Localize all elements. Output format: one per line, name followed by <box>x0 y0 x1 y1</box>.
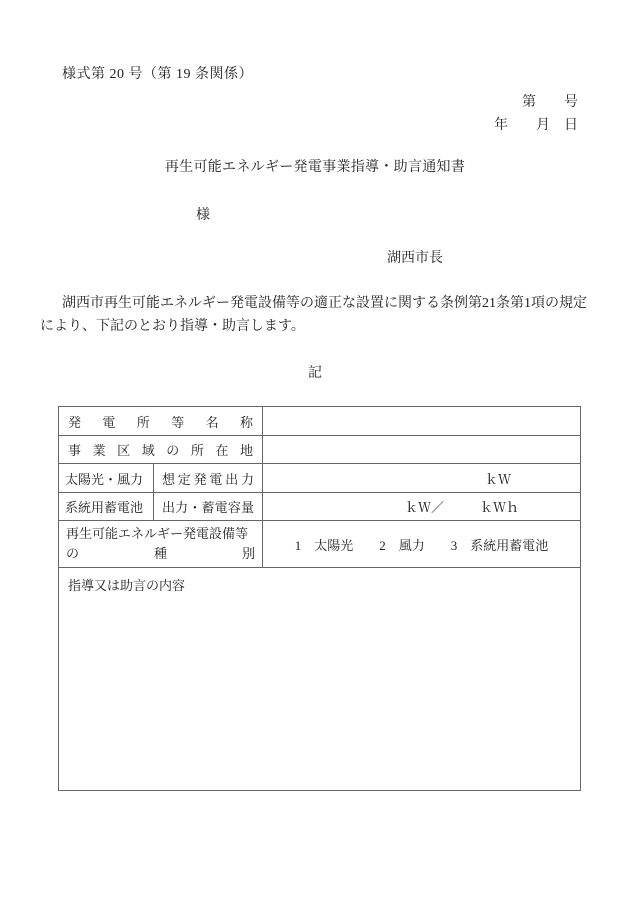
addressee-honorific: 様 <box>196 204 210 224</box>
unit-kw-slash: ｋＷ／ <box>405 497 444 516</box>
label-power-plant-name: 発電所等名称 <box>59 407 263 436</box>
sender-name: 湖西市長 <box>387 247 443 267</box>
ki-heading: 記 <box>0 362 630 382</box>
document-number-line: 第 号 <box>522 91 578 111</box>
input-power-plant-name[interactable] <box>263 407 581 436</box>
equipment-type-options: 1 太陽光 2 風力 3 系統用蓄電池 <box>263 521 581 568</box>
label-output-storage-capacity: 出力・蓄電容量 <box>154 493 263 521</box>
form-number: 様式第 20 号（第 19 条関係） <box>62 63 253 83</box>
table-row: 系統用蓄電池 出力・蓄電容量 ｋＷ／ｋＷｈ <box>59 493 581 521</box>
label-business-area-location: 事業区域の所在地 <box>59 436 263 464</box>
equipment-type-label-line-2: の種別 <box>66 544 255 564</box>
table-row: 再生可能エネルギー発電設備等 の種別 1 太陽光 2 風力 3 系統用蓄電池 <box>59 521 581 568</box>
label-solar-wind: 太陽光・風力 <box>59 464 154 493</box>
table-row: 事業区域の所在地 <box>59 436 581 464</box>
body-line-1: 湖西市再生可能エネルギー発電設備等の適正な設置に関する条例第21条第1項の規定 <box>40 292 593 315</box>
date-line: 年 月 日 <box>494 114 578 134</box>
body-paragraph: 湖西市再生可能エネルギー発電設備等の適正な設置に関する条例第21条第1項の規定 … <box>40 292 593 338</box>
body-line-2: により、下記のとおり指導・助言します。 <box>40 315 593 338</box>
label-expected-output: 想定発電出力 <box>154 464 263 493</box>
equipment-type-label-line-1: 再生可能エネルギー発電設備等 <box>66 524 255 544</box>
label-equipment-type: 再生可能エネルギー発電設備等 の種別 <box>59 521 263 568</box>
table-row: 発電所等名称 <box>59 407 581 436</box>
unit-kwh: ｋＷｈ <box>480 497 519 516</box>
document-title: 再生可能エネルギー発電事業指導・助言通知書 <box>0 156 630 176</box>
input-expected-output[interactable]: ｋＷ <box>263 464 581 493</box>
table-row: 指導又は助言の内容 <box>59 568 581 791</box>
label-guidance-content: 指導又は助言の内容 <box>68 575 571 594</box>
guidance-content-cell[interactable]: 指導又は助言の内容 <box>59 568 581 791</box>
document-page: 様式第 20 号（第 19 条関係） 第 号 年 月 日 再生可能エネルギー発電… <box>0 0 630 903</box>
table-row: 太陽光・風力 想定発電出力 ｋＷ <box>59 464 581 493</box>
label-grid-battery: 系統用蓄電池 <box>59 493 154 521</box>
input-business-area-location[interactable] <box>263 436 581 464</box>
unit-kw: ｋＷ <box>485 469 511 488</box>
form-table: 発電所等名称 事業区域の所在地 太陽光・風力 想定発電出力 ｋＷ 系統用蓄電池 … <box>58 406 581 791</box>
input-output-storage-capacity[interactable]: ｋＷ／ｋＷｈ <box>263 493 581 521</box>
